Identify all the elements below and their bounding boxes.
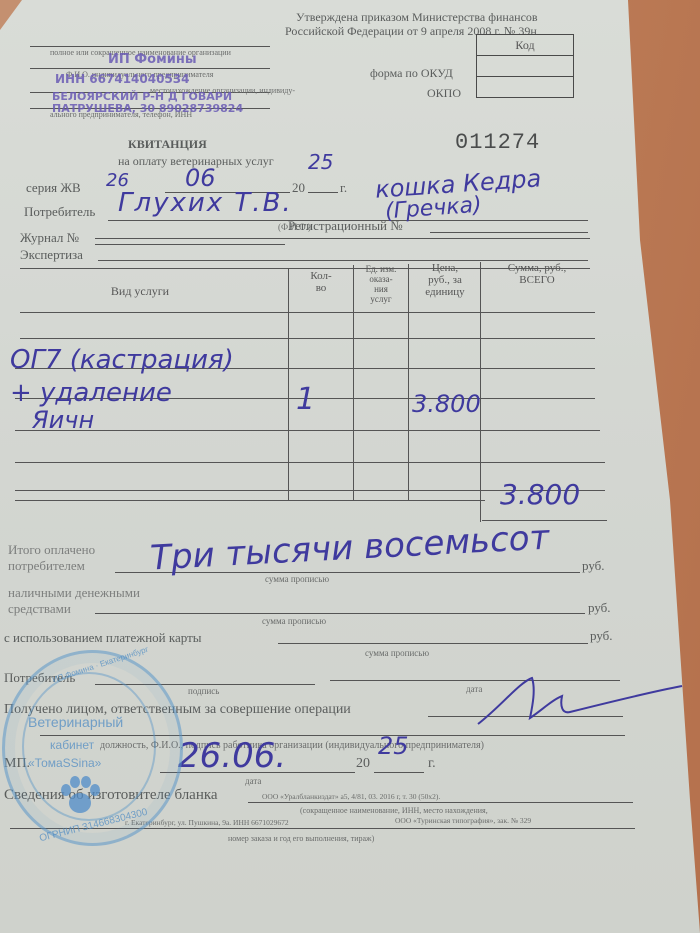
currency-1: руб.: [582, 558, 605, 574]
th-unit: Ед. изм.оказа-нияуслуг: [354, 264, 408, 304]
th-unit-l2: оказа-: [369, 274, 392, 284]
th-qty-l2: во: [316, 282, 327, 294]
currency-2: руб.: [588, 600, 611, 616]
journal-line: [95, 244, 285, 245]
th-price-l3: единицу: [425, 286, 464, 298]
stamp-center-line-1: Ветеринарный: [28, 714, 123, 730]
th-price-l2: руб., за: [428, 274, 462, 286]
sign-year-prefix: 20: [356, 756, 370, 772]
sign-year-unit: г.: [428, 756, 436, 772]
approval-line-1: Утверждена приказом Министерства финансо…: [296, 10, 538, 25]
table-row-price: 3.800: [412, 390, 481, 418]
th-price-l1: Цена,: [432, 262, 458, 274]
okud-label: форма по ОКУД: [370, 66, 453, 81]
cash-label-2: средствами: [8, 601, 71, 617]
paw-icon: [55, 770, 105, 820]
date-year-line: [308, 192, 338, 193]
amount-words-caption-1: сумма прописью: [265, 574, 329, 584]
table-row-qty: 1: [296, 382, 315, 417]
table-row-service: + удаление: [10, 378, 172, 408]
date-year-suffix: 25: [308, 150, 333, 174]
total-paid-label-2: потребителем: [8, 558, 85, 574]
manufacturer-caption-1: (сокращенное наименование, ИНН, место на…: [300, 806, 488, 815]
ip-line: [30, 68, 270, 69]
total-paid-label-1: Итого оплачено: [8, 542, 95, 558]
date-year-prefix: 20: [292, 180, 305, 196]
serial-number: 011274: [455, 130, 540, 155]
stamp-center-line-2: кабинет: [50, 738, 94, 752]
code-box-title: Код: [477, 35, 573, 56]
th-unit-l3: ния: [374, 284, 388, 294]
th-price: Цена,руб., заединицу: [410, 262, 480, 298]
okud-code-cell: [477, 56, 573, 77]
org-stamp-line-2: ИНН 667414040534: [55, 72, 190, 86]
table-row-line: [20, 312, 595, 313]
th-service: Вид услуги: [80, 285, 200, 297]
manufacturer-line-2b: ООО «Туринская типография», зак. № 329: [395, 816, 531, 825]
manufacturer-line-1: ООО «Уралбланкиздат» а5, 4/81, 03. 2016 …: [262, 792, 440, 801]
org-stamp-line-1: ИП Фомины: [108, 52, 197, 67]
expertise-line: [98, 260, 588, 261]
sign-date-value: 26.06.: [178, 736, 286, 776]
cash-label-1: наличными денежными: [8, 585, 140, 601]
sign-year-suffix: 25: [378, 732, 409, 760]
cash-line: [95, 613, 585, 614]
amount-words-caption-2: сумма прописью: [262, 616, 326, 626]
table-row-service: ОГ7 (кастрация): [10, 345, 234, 375]
th-unit-l4: услуг: [370, 294, 391, 304]
th-sum-l1: Сумма, руб.,: [508, 262, 566, 274]
consumer-label: Потребитель: [24, 204, 95, 220]
th-qty-l1: Кол-: [310, 270, 331, 282]
th-unit-l1: Ед. изм.: [366, 264, 397, 274]
table-row-line: [20, 338, 595, 339]
doc-title: КВИТАНЦИЯ: [128, 137, 207, 152]
sign-year-line: [374, 772, 424, 773]
card-line: [278, 643, 588, 644]
cashier-signature: [470, 672, 685, 732]
okpo-label: ОКПО: [427, 86, 461, 101]
table-row-service: Яичн: [32, 406, 94, 434]
registration-label: Регистрационный №: [288, 218, 403, 234]
sign-date-caption: дата: [245, 776, 261, 786]
expertise-label: Экспертиза: [20, 247, 83, 263]
table-row-line: [15, 462, 605, 463]
th-qty: Кол-во: [290, 270, 352, 294]
journal-full-line: [95, 238, 590, 239]
okpo-code-cell: [477, 77, 573, 97]
stamp-center-line-3: «ТомаSSina»: [28, 756, 101, 770]
card-label: с использованием платежной карты: [4, 630, 202, 646]
registration-line: [430, 232, 588, 233]
th-sum: Сумма, руб.,ВСЕГО: [482, 262, 592, 286]
signature-caption: подпись: [188, 686, 219, 696]
org-line: [30, 46, 270, 47]
table-total: 3.800: [500, 478, 580, 511]
consumer-value: Глухих Т.В.: [118, 188, 293, 218]
currency-3: руб.: [590, 628, 613, 644]
series-label: серия ЖВ: [26, 180, 81, 196]
journal-label: Журнал №: [20, 230, 79, 246]
date-year-unit: г.: [340, 180, 347, 196]
table-row-line: [15, 430, 600, 431]
amount-words-caption-3: сумма прописью: [365, 648, 429, 658]
manufacturer-line: [248, 802, 633, 803]
table-col-divider: [288, 268, 289, 500]
table-bottom-line: [15, 500, 485, 501]
th-sum-l2: ВСЕГО: [519, 274, 554, 286]
org-stamp-line-4: ПАТРУШЕВА, 30 89028739824: [52, 102, 243, 115]
code-box: Код: [476, 34, 574, 98]
manufacturer-caption-2: номер заказа и год его выполнения, тираж…: [228, 834, 374, 843]
table-col-divider: [408, 264, 409, 500]
